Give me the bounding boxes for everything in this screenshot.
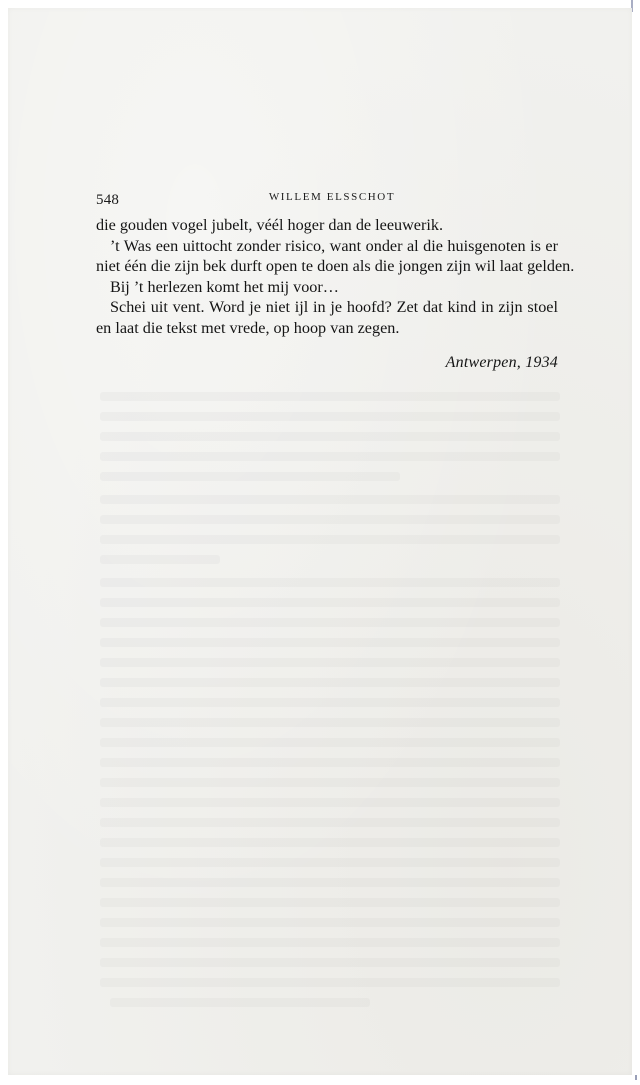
signature-place: Antwerpen,	[446, 354, 521, 371]
text-line: die gouden vogel jubelt, véél hoger dan …	[96, 215, 558, 236]
text-line: Schei uit vent. Word je niet ijl in je h…	[96, 297, 558, 318]
signature-year: 1934	[525, 354, 558, 371]
text-line: niet één die zijn bek durft open te doen…	[96, 256, 558, 277]
text-line: Bij ’t herlezen komt het mij voor…	[96, 277, 558, 298]
body-text: die gouden vogel jubelt, véél hoger dan …	[96, 215, 558, 338]
running-head: WILLEM ELSSCHOT	[96, 191, 558, 203]
text-line: en laat die tekst met vrede, op hoop van…	[96, 318, 558, 339]
scan-corner-mark	[635, 1075, 637, 1080]
signature-dateline: Antwerpen, 1934	[446, 354, 558, 372]
text-line: ’t Was een uittocht zonder risico, want …	[96, 236, 558, 257]
page-header: 548 WILLEM ELSSCHOT	[96, 190, 558, 210]
